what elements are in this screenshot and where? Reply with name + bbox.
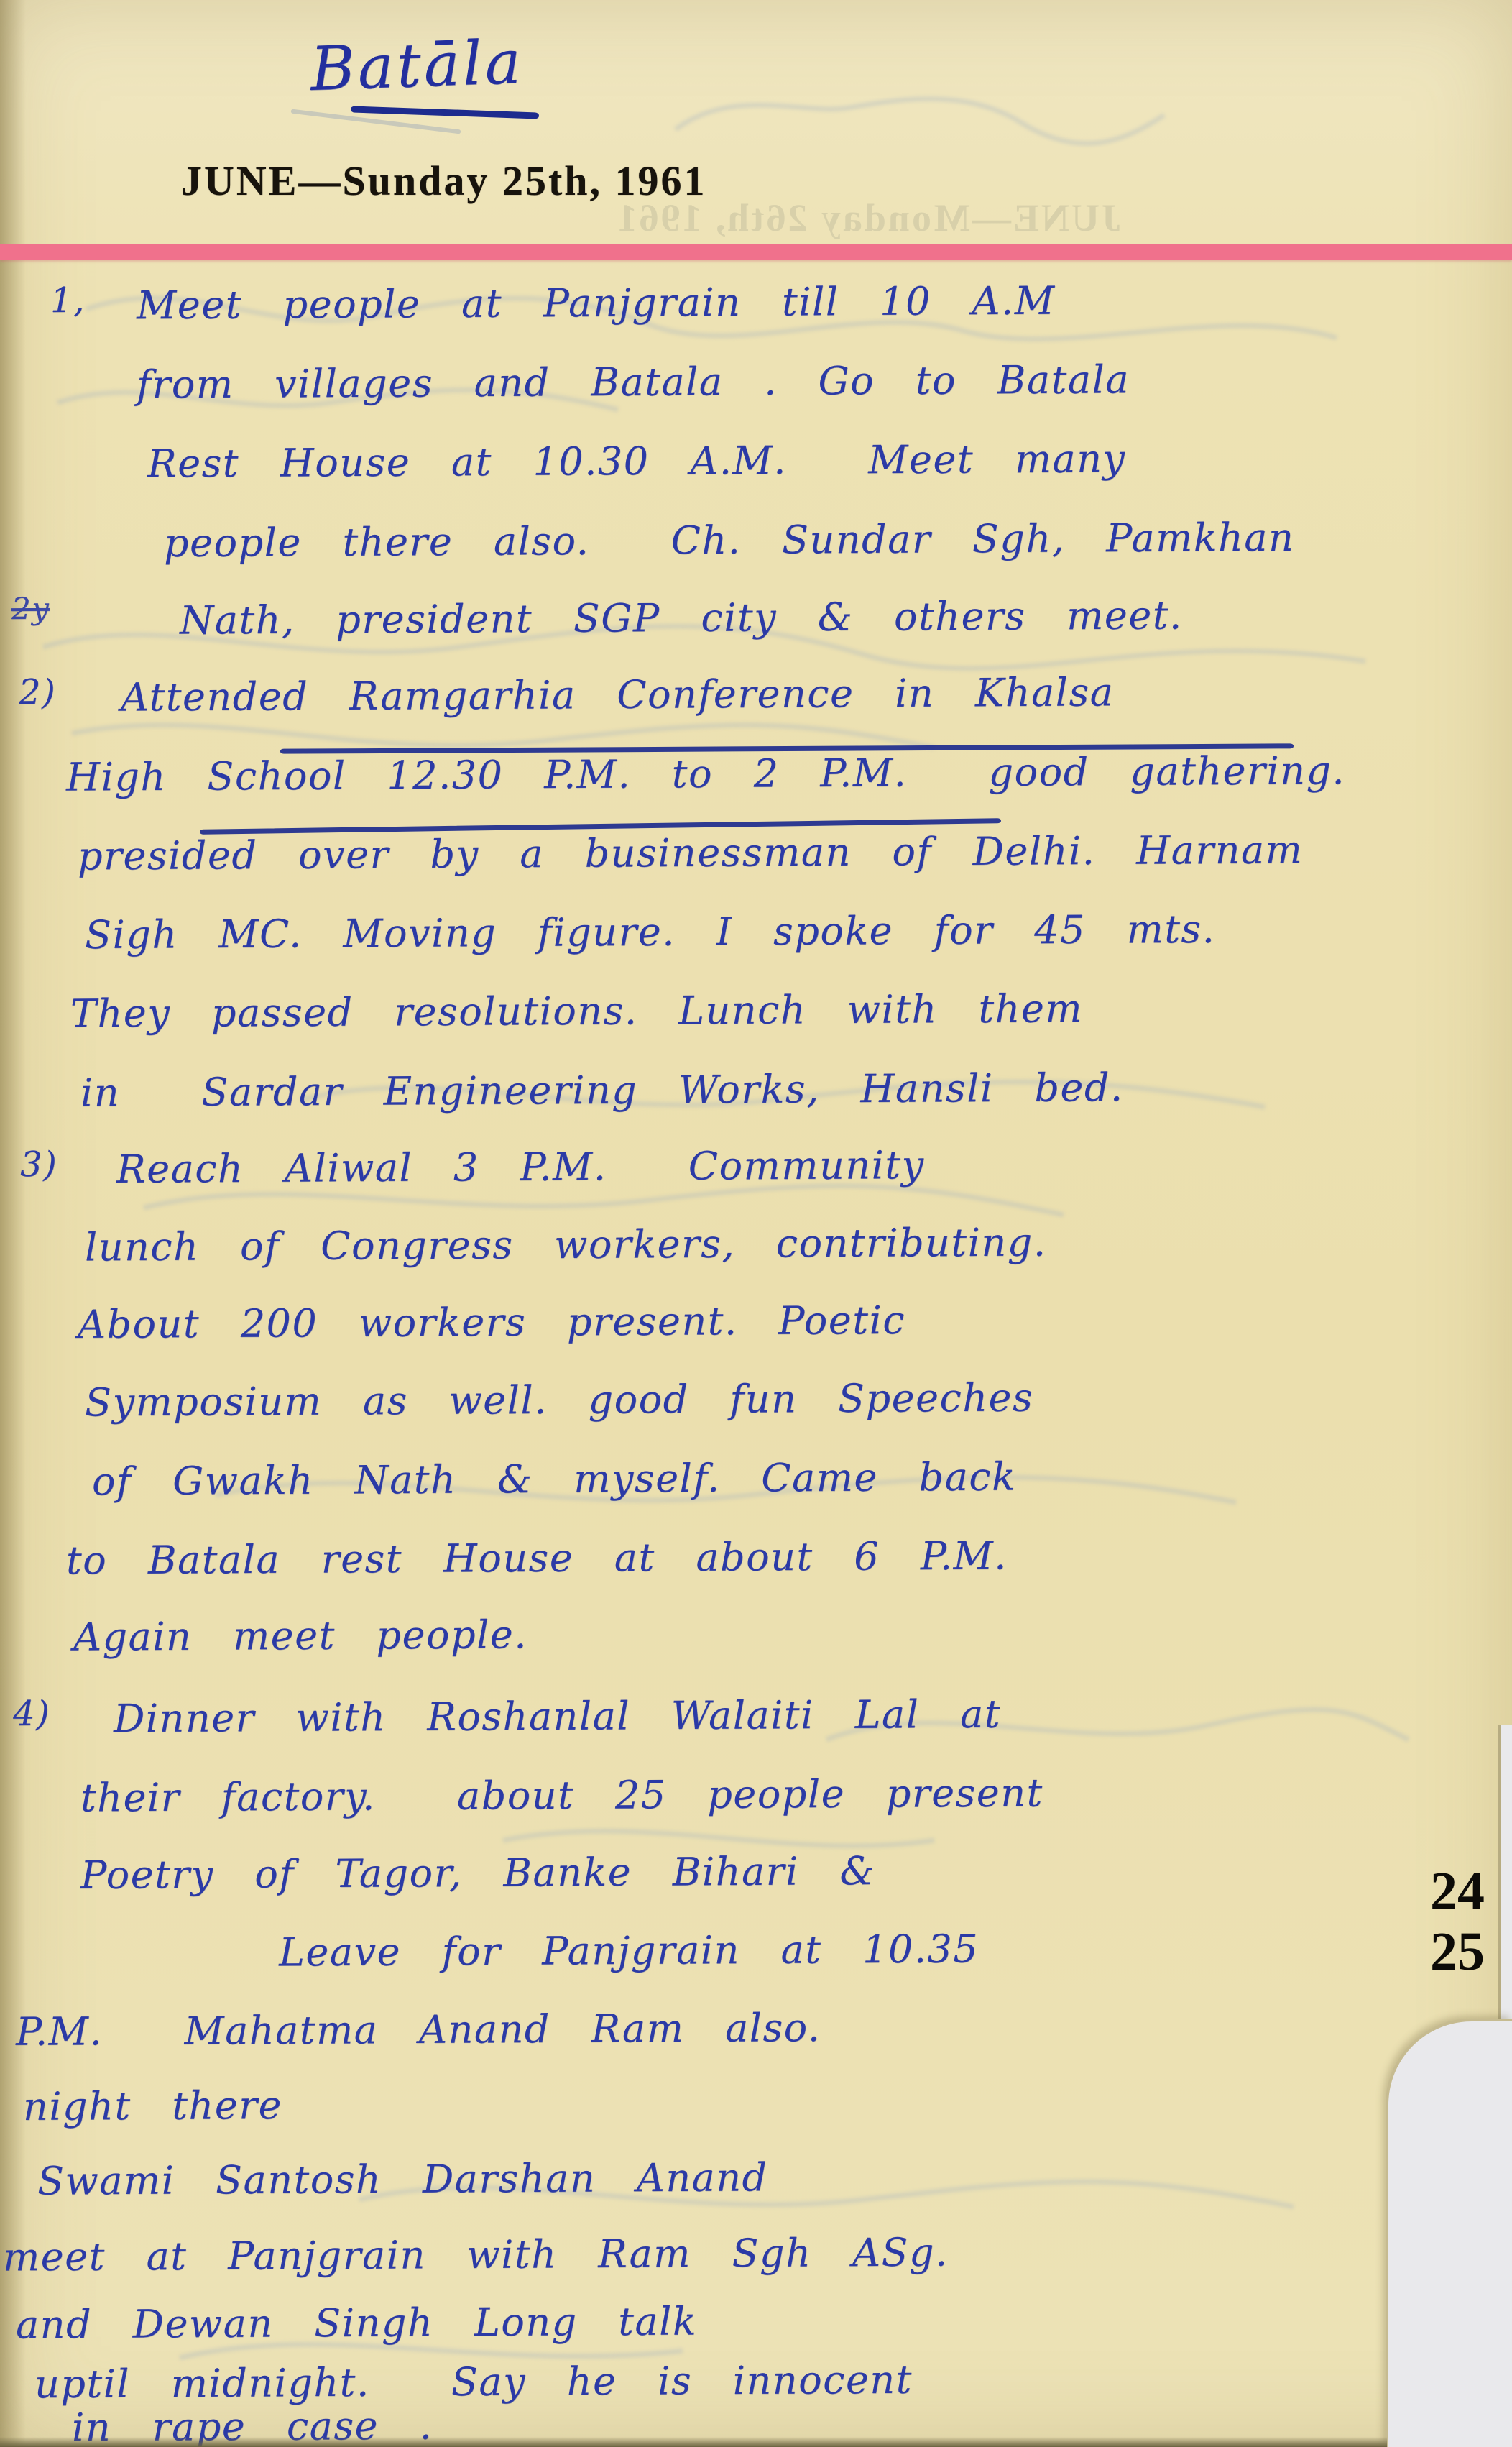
diary-line: Meet people at Panjgrain till 10 A.M xyxy=(137,278,1056,329)
diary-line: Again meet people. xyxy=(73,1612,527,1659)
diary-line: their factory. about 25 people present xyxy=(80,1770,1043,1820)
page-right-edge xyxy=(1498,1725,1512,2027)
diary-line: High School 12.30 P.M. to 2 P.M. good ga… xyxy=(66,748,1345,799)
page-number-25: 25 xyxy=(1414,1921,1501,1983)
diary-line: 2y xyxy=(11,591,50,626)
diary-line: night there xyxy=(23,2083,282,2129)
diary-line: to Batala rest House at about 6 P.M. xyxy=(66,1533,1008,1584)
diary-line: and Dewan Singh Long talk xyxy=(16,2299,697,2348)
diary-line: 1, xyxy=(50,280,86,321)
cut-corner-next-page xyxy=(1386,2019,1512,2447)
diary-line: people there also. Ch. Sundar Sgh, Pamkh… xyxy=(164,515,1295,566)
page-number-24: 24 xyxy=(1414,1860,1501,1923)
diary-line: Nath, president SGP city & others meet. xyxy=(180,592,1183,643)
diary-line: About 200 workers present. Poetic xyxy=(78,1298,905,1347)
diary-line: They passed resolutions. Lunch with them xyxy=(70,986,1083,1036)
diary-line: lunch of Congress workers, contributing. xyxy=(85,1219,1047,1270)
diary-line: Reach Aliwal 3 P.M. Community xyxy=(116,1142,925,1192)
diary-line: 3) xyxy=(20,1144,58,1185)
diary-line: Symposium as well. good fun Speeches xyxy=(85,1375,1034,1425)
diary-line: Rest House at 10.30 A.M. Meet many xyxy=(147,436,1126,486)
diary-line: uptil midnight. Say he is innocent xyxy=(34,2357,913,2407)
diary-line: in Sardar Engineering Works, Hansli bed. xyxy=(80,1065,1124,1116)
diary-line: Leave for Panjgrain at 10.35 xyxy=(279,1926,979,1975)
diary-line: Poetry of Tagor, Banke Bihari & xyxy=(80,1848,875,1898)
diary-line: 4) xyxy=(13,1694,51,1734)
diary-line: Swami Santosh Darshan Anand xyxy=(37,2154,768,2203)
diary-line: of Gwakh Nath & myself. Came back xyxy=(92,1454,1017,1505)
diary-line: P.M. Mahatma Anand Ram also. xyxy=(16,2005,821,2055)
diary-line: Attended Ramgarhia Conference in Khalsa xyxy=(121,669,1115,720)
diary-page: JUNE—Monday 26th, 1961 Batāla JUNE—Sunda… xyxy=(0,0,1512,2447)
page-bottom-edge xyxy=(0,2437,1387,2447)
diary-line: Dinner with Roshanlal Walaiti Lal at xyxy=(114,1691,1001,1741)
diary-line: 2) xyxy=(19,672,57,712)
diary-line: Sigh MC. Moving figure. I spoke for 45 m… xyxy=(85,906,1216,958)
pink-divider-rule xyxy=(0,244,1512,260)
diary-line: from villages and Batala . Go to Batala xyxy=(137,357,1130,407)
location-title: Batāla xyxy=(309,27,525,104)
date-header: JUNE—Sunday 25th, 1961 xyxy=(181,157,707,205)
diary-line: presided over by a businessman of Delhi.… xyxy=(78,827,1304,879)
diary-line: meet at Panjgrain with Ram Sgh ASg. xyxy=(3,2230,949,2280)
